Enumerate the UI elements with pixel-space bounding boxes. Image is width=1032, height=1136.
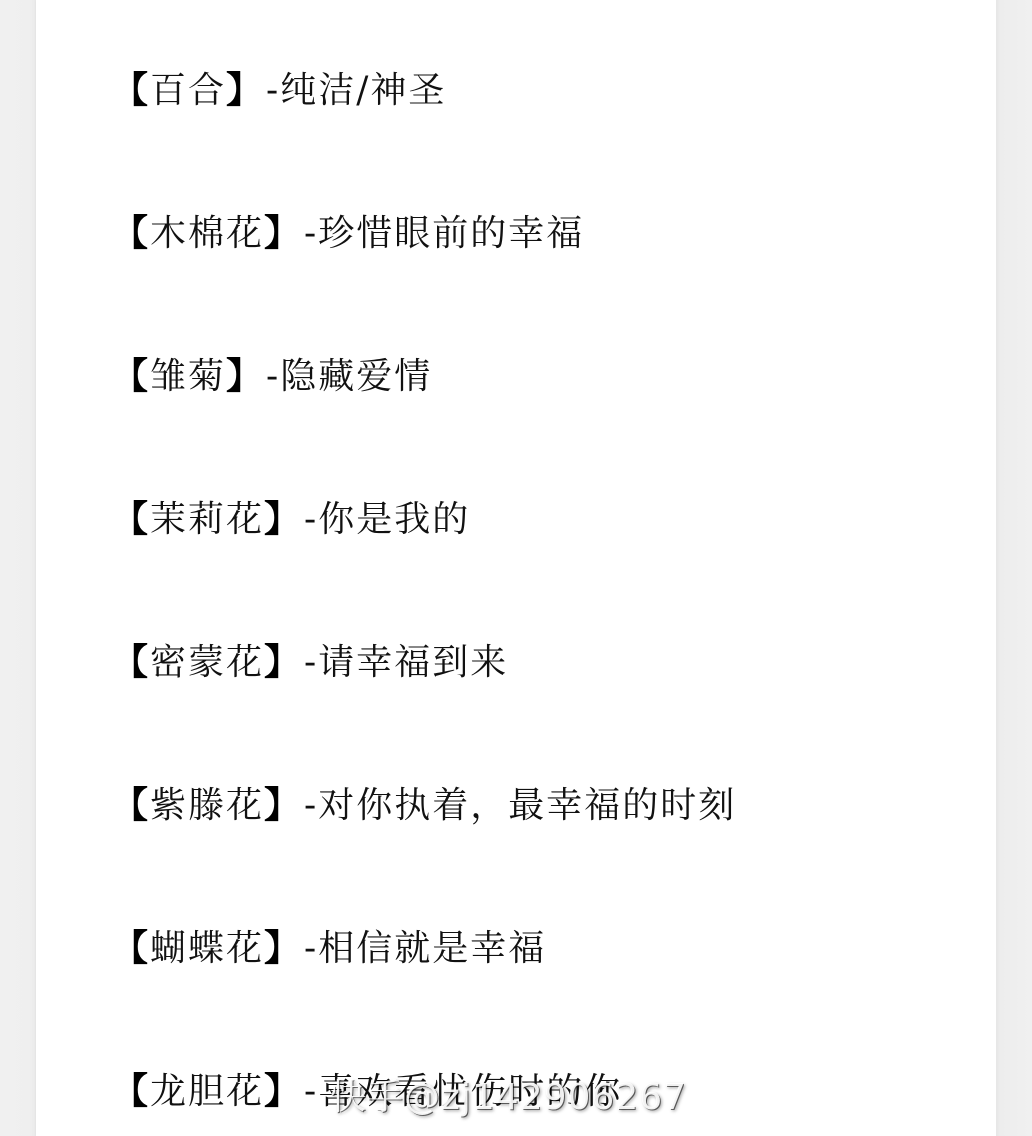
flower-name: 紫滕花 — [150, 785, 264, 826]
right-margin — [996, 0, 1032, 1136]
flower-meaning: -隐藏爱情 — [266, 356, 432, 397]
flower-entry-jasmine: 【茉莉花】-你是我的 — [112, 495, 470, 543]
close-bracket: 】 — [264, 498, 302, 540]
open-bracket: 【 — [112, 641, 150, 683]
flower-meaning: -对你执着，最幸福的时刻 — [304, 785, 736, 826]
flower-entry-buddleja: 【密蒙花】-请幸福到来 — [112, 638, 508, 686]
flower-meaning: -请幸福到来 — [304, 642, 508, 683]
flower-entry-daisy: 【雏菊】-隐藏爱情 — [112, 352, 432, 400]
flower-name: 雏菊 — [150, 356, 226, 397]
close-bracket: 】 — [264, 784, 302, 826]
close-bracket: 】 — [264, 927, 302, 969]
flower-entry-wisteria: 【紫滕花】-对你执着，最幸福的时刻 — [112, 781, 736, 829]
open-bracket: 【 — [112, 498, 150, 540]
flower-name: 木棉花 — [150, 213, 264, 254]
flower-meaning: -你是我的 — [304, 499, 470, 540]
open-bracket: 【 — [112, 355, 150, 397]
flower-entry-iris: 【蝴蝶花】-相信就是幸福 — [112, 924, 546, 972]
flower-name: 龙胆花 — [150, 1071, 264, 1112]
open-bracket: 【 — [112, 1070, 150, 1112]
close-bracket: 】 — [264, 641, 302, 683]
flower-name: 密蒙花 — [150, 642, 264, 683]
open-bracket: 【 — [112, 212, 150, 254]
close-bracket: 】 — [264, 1070, 302, 1112]
flower-name: 蝴蝶花 — [150, 928, 264, 969]
open-bracket: 【 — [112, 927, 150, 969]
left-margin — [0, 0, 36, 1136]
flower-meaning: -相信就是幸福 — [304, 928, 546, 969]
open-bracket: 【 — [112, 69, 150, 111]
flower-meaning: -纯洁/神圣 — [266, 70, 446, 111]
close-bracket: 】 — [226, 355, 264, 397]
flower-name: 茉莉花 — [150, 499, 264, 540]
close-bracket: 】 — [264, 212, 302, 254]
flower-name: 百合 — [150, 70, 226, 111]
flower-meaning: -珍惜眼前的幸福 — [304, 213, 584, 254]
watermark: 快手@zj142906267 — [330, 1074, 687, 1122]
flower-entry-kapok: 【木棉花】-珍惜眼前的幸福 — [112, 209, 584, 257]
open-bracket: 【 — [112, 784, 150, 826]
flower-entry-lily: 【百合】-纯洁/神圣 — [112, 66, 446, 114]
close-bracket: 】 — [226, 69, 264, 111]
